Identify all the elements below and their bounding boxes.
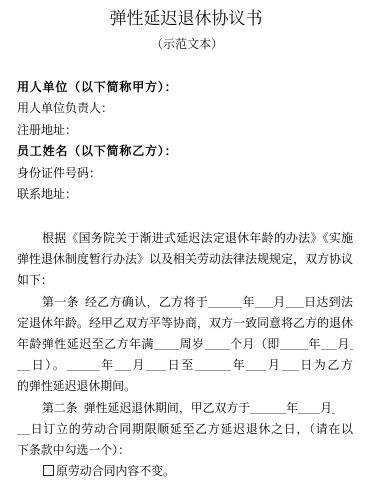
blank-field-legal-retirement-month bbox=[255, 295, 273, 308]
article-text: 弹性延迟退休期间，甲乙双方于 bbox=[84, 401, 250, 415]
article-text: 个月（即 bbox=[230, 337, 280, 351]
preamble-line: 弹性退休制度暂行办法》以及相关劳动法律法规规定，双方协议 bbox=[17, 249, 353, 270]
blank-field-legal-retirement-day bbox=[286, 295, 304, 308]
employee-id-label: 身份证件号码： bbox=[17, 163, 353, 184]
blank-field-contract-day bbox=[17, 422, 30, 435]
unit-month: 月 bbox=[320, 401, 332, 415]
article-text: 年龄弹性延迟至乙方年满 bbox=[17, 337, 154, 351]
agreement-body: 根据《国务院关于渐进式延迟法定退休年龄的办法》《实施 弹性退休制度暂行办法》以及… bbox=[17, 228, 353, 482]
blank-field-delayed-year bbox=[280, 337, 308, 350]
article-text: 日至 bbox=[166, 358, 195, 372]
blank-field-period-end-day bbox=[282, 358, 299, 371]
option-item: 原劳动合同内容不变。 bbox=[17, 461, 353, 482]
article-text: 日达到法 bbox=[304, 295, 353, 309]
parties-section: 用人单位（以下简称甲方）： 用人单位负责人： 注册地址： 员工姓名（以下简称乙方… bbox=[17, 77, 353, 205]
unit-year: 年 bbox=[242, 295, 255, 309]
article-1-label: 第一条 bbox=[42, 295, 79, 309]
blank-field-delayed-age-months bbox=[205, 337, 230, 350]
article-2-line-3: 下条款中勾选一个）： bbox=[17, 440, 353, 461]
option-label: 原劳动合同内容不变。 bbox=[56, 464, 175, 478]
article-text: 经乙方确认，乙方将于 bbox=[85, 295, 208, 309]
unit-year: 年 bbox=[100, 358, 115, 372]
article-2-line-1: 第二条弹性延迟退休期间，甲乙双方于年月 bbox=[17, 398, 353, 419]
blank-field-period-start-day bbox=[146, 358, 166, 371]
blank-field-legal-retirement-year bbox=[208, 295, 242, 308]
article-1-line-2: 定退休年龄。经甲乙双方平等协商，双方一致同意将乙方的退休 bbox=[17, 313, 353, 334]
article-1-line-5: 的弹性延迟退休期间。 bbox=[17, 376, 353, 397]
blank-field-period-start-month bbox=[115, 358, 131, 371]
unit-month: 月 bbox=[266, 358, 281, 372]
blank-field-contract-month bbox=[298, 401, 320, 414]
checkbox-empty-icon bbox=[43, 465, 54, 476]
article-text: 周岁 bbox=[179, 337, 204, 351]
unit-month: 月 bbox=[337, 337, 350, 351]
unit-month: 月 bbox=[131, 358, 146, 372]
article-1-line-3: 年龄弹性延迟至乙方年满周岁个月（即年月 bbox=[17, 334, 353, 355]
blank-field-contract-day-start bbox=[332, 401, 335, 414]
article-text: 日）。 bbox=[30, 358, 67, 372]
employee-heading: 员工姓名（以下简称乙方）： bbox=[17, 141, 353, 162]
document-title: 弹性延迟退休协议书 bbox=[0, 7, 368, 31]
unit-year: 年 bbox=[308, 337, 321, 351]
article-1-line-4: 日）。年月日至年月日为乙方 bbox=[17, 355, 353, 376]
document-subtitle: （示范文本） bbox=[0, 34, 368, 54]
article-text: 日为乙方 bbox=[299, 358, 353, 372]
blank-field-delayed-day-start bbox=[350, 337, 353, 350]
article-1-line-1: 第一条经乙方确认，乙方将于年月日达到法 bbox=[17, 292, 353, 313]
unit-year: 年 bbox=[231, 358, 246, 372]
blank-field-period-end-year bbox=[195, 358, 231, 371]
blank-field-delayed-day bbox=[17, 358, 30, 371]
unit-year: 年 bbox=[286, 401, 298, 415]
employer-address-label: 注册地址： bbox=[17, 120, 353, 141]
employer-heading: 用人单位（以下简称甲方）： bbox=[17, 77, 353, 98]
employee-address-label: 联系地址： bbox=[17, 184, 353, 205]
unit-month: 月 bbox=[273, 295, 286, 309]
blank-field-period-start-year bbox=[67, 358, 100, 371]
employer-representative-label: 用人单位负责人： bbox=[17, 98, 353, 119]
article-text: 日订立的劳动合同期限顺延至乙方延迟退休之日，（请在以 bbox=[30, 422, 353, 436]
blank-field-period-end-month bbox=[246, 358, 266, 371]
article-2-label: 第二条 bbox=[42, 401, 78, 415]
article-2-line-2: 日订立的劳动合同期限顺延至乙方延迟退休之日，（请在以 bbox=[17, 419, 353, 440]
blank-field-delayed-age-years bbox=[154, 337, 179, 350]
preamble-line: 根据《国务院关于渐进式延迟法定退休年龄的办法》《实施 bbox=[17, 228, 353, 249]
preamble-line: 如下： bbox=[17, 270, 353, 291]
blank-field-delayed-month bbox=[321, 337, 337, 350]
blank-field-contract-year bbox=[250, 401, 286, 414]
